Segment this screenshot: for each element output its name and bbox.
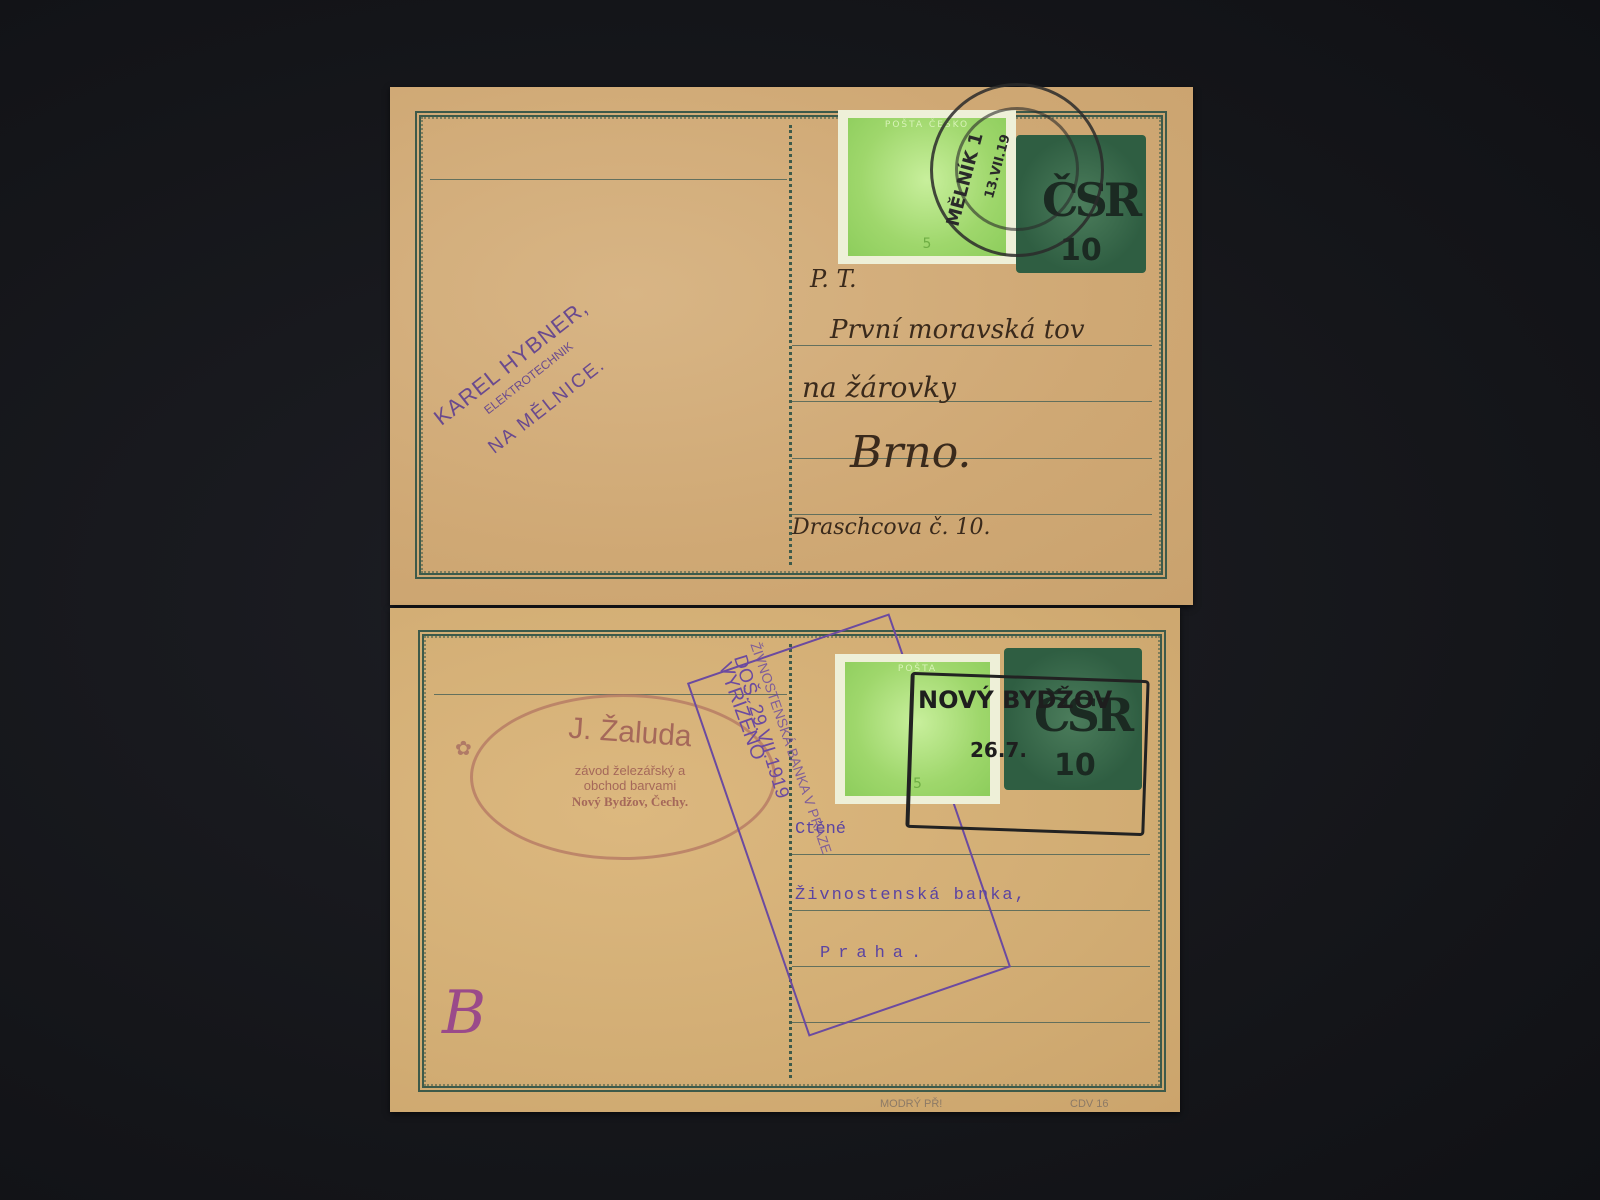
- address-city: Praha.: [820, 944, 929, 963]
- pencil-note-2: CDV 16: [1070, 1098, 1109, 1110]
- message-line: [430, 179, 787, 180]
- pencil-note-1: MODRÝ PŘ!: [880, 1098, 942, 1110]
- postcard-bottom: ✿ J. Žaluda závod železářský a obchod ba…: [390, 608, 1180, 1112]
- merchant-line-3: Nový Bydžov, Čechy.: [500, 794, 760, 810]
- address-line-3: na žárovky: [802, 371, 956, 404]
- postcard-top: KAREL HYBNER, ELEKTROTECHNIK NA MĚLNICE.…: [390, 87, 1193, 605]
- clover-ornament-icon: ✿: [455, 736, 472, 761]
- postmark-date: 26.7.: [970, 738, 1027, 762]
- address-line-2: Živnostenská banka,: [795, 886, 1027, 905]
- address-line-2: První moravská tov: [830, 315, 1085, 345]
- signature-mark: B: [442, 978, 486, 1048]
- address-street: Draschcova č. 10.: [792, 515, 990, 540]
- postmark-place: NOVÝ BYDŽOV: [918, 686, 1112, 714]
- address-city: Brno.: [850, 427, 971, 478]
- address-line: [792, 458, 1152, 459]
- address-line-1: Ctěné: [795, 820, 846, 839]
- address-line-1: P. T.: [810, 265, 857, 293]
- address-line: [792, 345, 1152, 346]
